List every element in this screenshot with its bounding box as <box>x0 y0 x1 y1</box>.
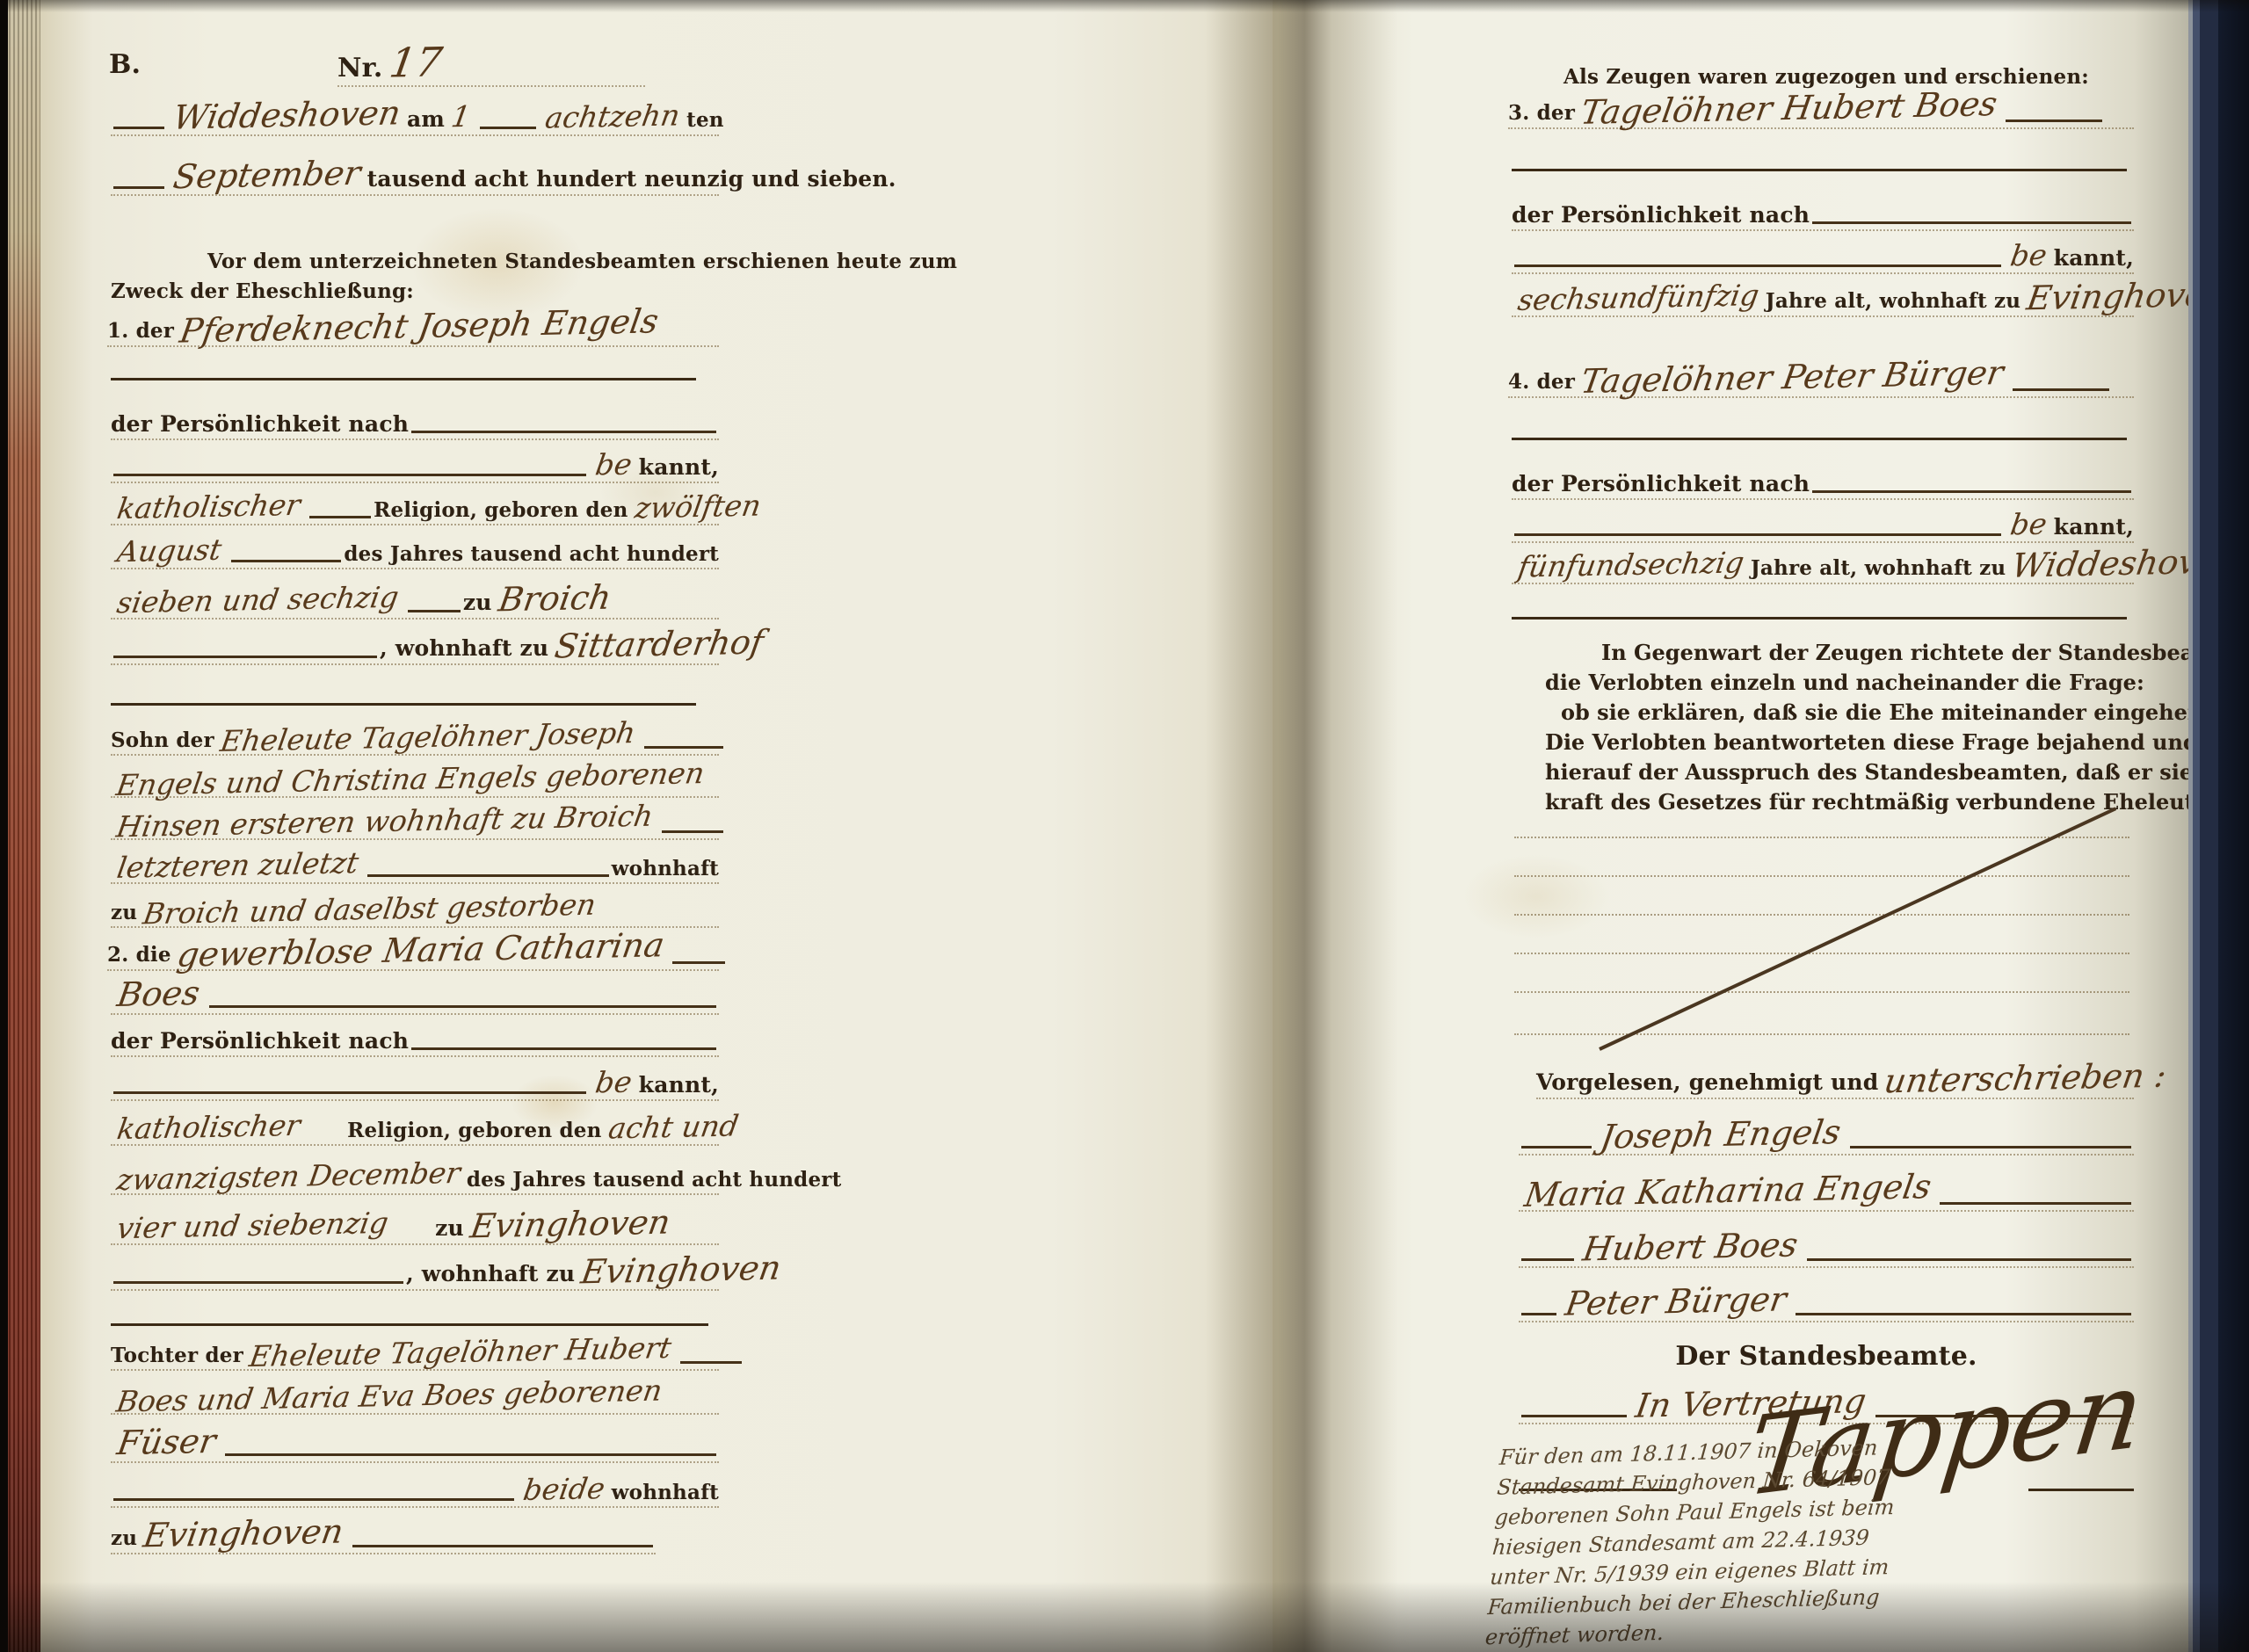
underline <box>644 744 723 749</box>
persoenlichkeit-label: der Persönlichkeit nach <box>111 1030 409 1053</box>
religion-geboren-label: Religion, geboren den <box>347 1120 601 1141</box>
witness4-name-row: 4. der Tagelöhner Peter Bürger <box>1508 360 2134 398</box>
ten-label: ten <box>686 110 724 131</box>
groom-parents-row-2: Engels und Christina Engels geborenen <box>111 764 719 798</box>
be-handwritten: be <box>2008 241 2049 271</box>
blank-dotted-line <box>1514 953 2129 954</box>
groom-bekannt-row: be kannt, <box>111 450 719 483</box>
cancellation-stroke <box>1599 807 2116 1050</box>
groom-parents5-handwritten: Broich und daselbst gestorben <box>141 890 599 929</box>
jahre-alt-label: Jahre alt, wohnhaft zu <box>1751 558 2006 579</box>
groom-id-row: der Persönlichkeit nach <box>111 413 719 440</box>
blank-line <box>1512 617 2127 619</box>
groom-parents-row-5: zu Broich und daselbst gestorben <box>111 895 719 928</box>
bride-parents1-handwritten: Eheleute Tagelöhner Hubert <box>248 1333 674 1371</box>
bride-name-row: 2. die gewerblose Maria Catharina <box>107 933 719 971</box>
bride-residence-row: , wohnhaft zu Evinghoven <box>111 1253 719 1291</box>
zu-label: zu <box>111 902 137 924</box>
bride-parents-residence-handwritten: Evinghoven <box>141 1515 346 1553</box>
underline <box>667 338 716 340</box>
underline <box>411 429 716 433</box>
kannt-label: kannt, <box>639 1074 719 1097</box>
intro2-text: Zweck der Eheschließung: <box>111 281 414 302</box>
groom-birthplace-handwritten: Broich <box>496 581 613 617</box>
blank-dotted-line <box>1514 914 2129 916</box>
underline <box>2006 118 2102 122</box>
bride-parents-row-3: Füser <box>111 1425 719 1463</box>
bride-num-label: 2. die <box>107 945 171 966</box>
bride-name1-handwritten: gewerblose Maria Catharina <box>175 928 666 972</box>
underline <box>113 125 164 129</box>
intro-line-2: Zweck der Eheschließung: <box>111 281 414 305</box>
witness3-num-label: 3. der <box>1508 103 1575 124</box>
year-words-label: tausend acht hundert neunzig und sieben. <box>367 168 896 191</box>
blank-line <box>111 378 696 380</box>
dateline-row: Widdeshoven am 1 achtzehn ten <box>111 98 719 136</box>
blank-dotted-line <box>1514 875 2129 877</box>
underline <box>113 654 377 658</box>
sohn-der-label: Sohn der <box>111 730 214 751</box>
consent-line-2: die Verlobten einzeln und nacheinander d… <box>1545 668 2134 698</box>
top-shadow <box>0 0 2249 12</box>
witness3-name-handwritten: Tagelöhner Hubert Boes <box>1578 87 1999 129</box>
bride-id-row: der Persönlichkeit nach <box>111 1030 719 1057</box>
be-handwritten: be <box>593 450 634 480</box>
vorgelesen-row: Vorgelesen, genehmigt und unterschrieben… <box>1536 1061 2134 1099</box>
witness3-bekannt-row: be kannt, <box>1512 241 2134 274</box>
wohnhaft-label: wohnhaft <box>612 1482 719 1503</box>
blank-line <box>1512 169 2127 171</box>
blank-dotted-line <box>1514 1033 2129 1035</box>
underline <box>451 78 642 80</box>
groom-parents-row-3: Hinsen ersteren wohnhaft zu Broich <box>111 807 719 840</box>
book-cover-right <box>2188 0 2249 1652</box>
underline <box>225 1452 716 1456</box>
signature-bride: Maria Katharina Engels <box>1522 1170 1933 1212</box>
underline <box>480 125 536 129</box>
underline <box>113 1279 403 1284</box>
record-number-row: Nr. 17 <box>337 42 645 87</box>
vorgelesen-label: Vorgelesen, genehmigt und <box>1536 1071 1878 1094</box>
underline <box>671 1406 716 1408</box>
bride-parents-row-4: beide wohnhaft <box>111 1474 719 1508</box>
persoenlichkeit-label: der Persönlichkeit nach <box>111 413 409 436</box>
witness-header-row: Als Zeugen waren zugezogen und erschiene… <box>1519 67 2134 91</box>
jahre-alt-label: Jahre alt, wohnhaft zu <box>1766 291 2020 312</box>
place-handwritten: Widdeshoven <box>171 96 403 134</box>
persoenlichkeit-label: der Persönlichkeit nach <box>1512 473 1810 496</box>
witness3-name-row: 3. der Tagelöhner Hubert Boes <box>1508 91 2134 129</box>
witness4-age-row: fünfundsechzig Jahre alt, wohnhaft zu Wi… <box>1512 547 2134 584</box>
groom-religion-row: katholischer Religion, geboren den zwölf… <box>111 492 719 525</box>
underline <box>1521 1413 1627 1417</box>
underline <box>1514 532 2001 536</box>
consent-line-6: kraft des Gesetzes für rechtmäßig verbun… <box>1545 787 2134 817</box>
witness3-id-row: der Persönlichkeit nach <box>1512 204 2134 231</box>
underline <box>2013 387 2109 391</box>
bride-parents-row-5: zu Evinghoven <box>111 1517 656 1554</box>
underline <box>352 1543 653 1547</box>
groom-parents1-handwritten: Eheleute Tagelöhner Joseph <box>218 718 637 756</box>
groom-residence-handwritten: Sittarderhof <box>553 626 766 663</box>
blank-line <box>2028 1489 2134 1491</box>
standesbeamte-label: Der Standesbeamte. <box>1675 1343 1977 1371</box>
zu-label: zu <box>463 591 492 614</box>
register-book-scan: B. Nr. 17 Widdeshoven am 1 achtzehn ten … <box>0 0 2249 1652</box>
bride-religion-handwritten: katholischer <box>115 1111 302 1143</box>
groom-birthday-handwritten: zwölften <box>633 491 763 523</box>
underline <box>713 789 727 791</box>
form-section-label: B. <box>109 51 141 82</box>
signature-witness3: Hubert Boes <box>1581 1228 1800 1265</box>
bride-parents-row-2: Boes und Maria Eva Boes geborenen <box>111 1381 719 1415</box>
zu-label: zu <box>435 1217 464 1240</box>
bride-birthday2-handwritten: zwanzigsten December <box>115 1158 462 1194</box>
bride-mother-maiden-handwritten: Füser <box>115 1424 218 1460</box>
am-label: am <box>407 108 445 131</box>
groom-parents-row-4: letzteren zuletzt wohnhaft <box>111 851 719 884</box>
consent-line-5: hierauf der Ausspruch des Standesbeamten… <box>1545 757 2134 787</box>
groom-num-label: 1. der <box>107 321 174 342</box>
consent-line-1: In Gegenwart der Zeugen richtete der Sta… <box>1545 638 2134 668</box>
underline <box>662 829 723 833</box>
book-fore-edge-left <box>0 0 40 1652</box>
wohnhaft-zu-label: , wohnhaft zu <box>406 1263 575 1286</box>
nr-value-handwritten: 17 <box>387 41 445 83</box>
day-handwritten: 1 <box>449 102 472 131</box>
underline <box>411 1046 716 1050</box>
left-page: B. Nr. 17 Widdeshoven am 1 achtzehn ten … <box>40 0 1273 1652</box>
unterschrieben-handwritten: unterschrieben : <box>1883 1059 2169 1098</box>
underline <box>672 960 725 964</box>
bottom-shadow <box>0 1582 2249 1652</box>
underline <box>620 611 716 612</box>
underline <box>1812 220 2131 224</box>
groom-birthmonth-row: August des Jahres tausend acht hundert <box>111 536 719 569</box>
witness3-age-handwritten: sechsundfünfzig <box>1516 280 1761 315</box>
groom-parents-row-1: Sohn der Eheleute Tagelöhner Joseph <box>111 722 719 756</box>
underline <box>1514 263 2001 267</box>
beide-handwritten: beide <box>521 1474 606 1504</box>
kannt-label: kannt, <box>639 456 719 479</box>
book-gutter-shadow <box>1204 0 1397 1652</box>
signature-groom: Joseph Engels <box>1599 1115 1844 1154</box>
intro-line-1: Vor dem unterzeichneten Standesbeamten e… <box>207 251 957 275</box>
underline <box>1521 1257 1574 1261</box>
underline <box>113 1090 586 1094</box>
witness4-id-row: der Persönlichkeit nach <box>1512 473 2134 500</box>
underline <box>1850 1144 2131 1148</box>
kannt-label: kannt, <box>2054 516 2134 539</box>
wohnhaft-zu-label: , wohnhaft zu <box>380 637 548 660</box>
month-year-row: September tausend acht hundert neunzig u… <box>111 158 719 196</box>
underline <box>1521 1311 1556 1315</box>
underline <box>1796 1311 2131 1315</box>
consent-line-4: Die Verlobten beantworteten diese Frage … <box>1545 728 2134 757</box>
zu-label: zu <box>111 1528 137 1549</box>
right-page: Als Zeugen waren zugezogen und erschiene… <box>1273 0 2188 1652</box>
blank-dotted-line <box>1514 837 2129 838</box>
signature-witness4: Peter Bürger <box>1563 1282 1789 1320</box>
groom-name-handwritten: Pferdeknecht Joseph Engels <box>178 304 661 347</box>
groom-parents2-handwritten: Engels und Christina Engels geborenen <box>114 758 707 800</box>
underline <box>679 1236 716 1238</box>
groom-parents3-handwritten: Hinsen ersteren wohnhaft zu Broich <box>114 801 655 842</box>
underline <box>113 472 586 476</box>
consent-paragraph: In Gegenwart der Zeugen richtete der Sta… <box>1545 638 2134 817</box>
be-handwritten: be <box>593 1068 634 1098</box>
groom-birthyear-row: sieben und sechzig zu Broich <box>111 582 719 619</box>
groom-religion-handwritten: katholischer <box>115 490 302 523</box>
tochter-der-label: Tochter der <box>111 1345 243 1366</box>
section-letter: B. <box>109 51 141 79</box>
underline <box>113 185 164 189</box>
month-handwritten: September <box>171 156 363 193</box>
witness3-age-row: sechsundfünfzig Jahre alt, wohnhaft zu E… <box>1512 279 2134 317</box>
bride-birthyear-handwritten: vier und siebenzig <box>115 1208 390 1243</box>
witness4-bekannt-row: be kannt, <box>1512 510 2134 543</box>
underline <box>309 514 371 518</box>
groom-residence-row: , wohnhaft zu Sittarderhof <box>111 627 719 665</box>
underline <box>113 1496 514 1501</box>
religion-geboren-label: Religion, geboren den <box>374 500 628 521</box>
bride-parents-row-1: Tochter der Eheleute Tagelöhner Hubert <box>111 1337 719 1371</box>
section-divider <box>111 1323 708 1326</box>
underline <box>231 558 342 562</box>
day-word-handwritten: achtzehn <box>543 100 682 132</box>
kannt-label: kannt, <box>2054 247 2134 270</box>
underline <box>1807 1257 2131 1261</box>
bride-religion-row: katholischer Religion, geboren den acht … <box>111 1112 719 1146</box>
signature-row-2: Maria Katharina Engels <box>1519 1174 2134 1212</box>
signature-row-3: Hubert Boes <box>1519 1230 2134 1268</box>
wohnhaft-label: wohnhaft <box>612 859 719 880</box>
underline <box>209 1004 716 1008</box>
underline <box>1940 1200 2131 1205</box>
underline <box>408 608 461 612</box>
bride-name2-handwritten: Boes <box>115 976 202 1011</box>
groom-parents4-handwritten: letzteren zuletzt <box>115 848 360 882</box>
underline <box>309 1137 345 1139</box>
underline <box>680 1359 742 1364</box>
signature-row-4: Peter Bürger <box>1519 1285 2134 1322</box>
consent-line-3: ob sie erklären, daß sie die Ehe miteina… <box>1545 698 2134 728</box>
bride-bekannt-row: be kannt, <box>111 1068 719 1101</box>
section-divider <box>111 703 696 706</box>
bride-parents2-handwritten: Boes und Maria Eva Boes geborenen <box>114 1376 664 1417</box>
bride-birthplace-handwritten: Evinghoven <box>468 1206 673 1243</box>
be-handwritten: be <box>2008 510 2049 540</box>
underline <box>899 187 913 189</box>
witness4-age-handwritten: fünfundsechzig <box>1516 547 1746 581</box>
underline <box>1521 1144 1592 1148</box>
underline <box>1812 489 2131 493</box>
underline <box>605 919 716 921</box>
groom-birthmonth-handwritten: August <box>115 535 223 566</box>
witness4-name-handwritten: Tagelöhner Peter Bürger <box>1578 356 2006 398</box>
bride-birthmonth-row: zwanzigsten December des Jahres tausend … <box>111 1162 719 1195</box>
groom-birthyear-handwritten: sieben und sechzig <box>115 583 401 618</box>
nr-label: Nr. <box>337 54 383 83</box>
groom-name-row: 1. der Pferdeknecht Joseph Engels <box>107 309 719 347</box>
bride-birthday-handwritten: acht und <box>606 1111 740 1142</box>
blank-dotted-line <box>1514 991 2129 993</box>
underline <box>367 873 608 877</box>
witness4-num-label: 4. der <box>1508 372 1575 393</box>
bride-residence-handwritten: Evinghoven <box>579 1251 784 1289</box>
underline <box>397 1236 432 1238</box>
bride-name2-row: Boes <box>111 977 719 1015</box>
bride-birthyear-row: vier und siebenzig zu Evinghoven <box>111 1207 719 1245</box>
signature-row-1: Joseph Engels <box>1519 1118 2134 1156</box>
intro1-text: Vor dem unterzeichneten Standesbeamten e… <box>207 251 957 272</box>
underline <box>727 127 741 129</box>
blank-line <box>1512 438 2127 440</box>
des-jahres-label: des Jahres tausend acht hundert <box>344 544 719 565</box>
des-jahres-label: des Jahres tausend acht hundert <box>467 1170 842 1191</box>
witness-header-text: Als Zeugen waren zugezogen und erschiene… <box>1563 67 2089 88</box>
persoenlichkeit-label: der Persönlichkeit nach <box>1512 204 1810 227</box>
